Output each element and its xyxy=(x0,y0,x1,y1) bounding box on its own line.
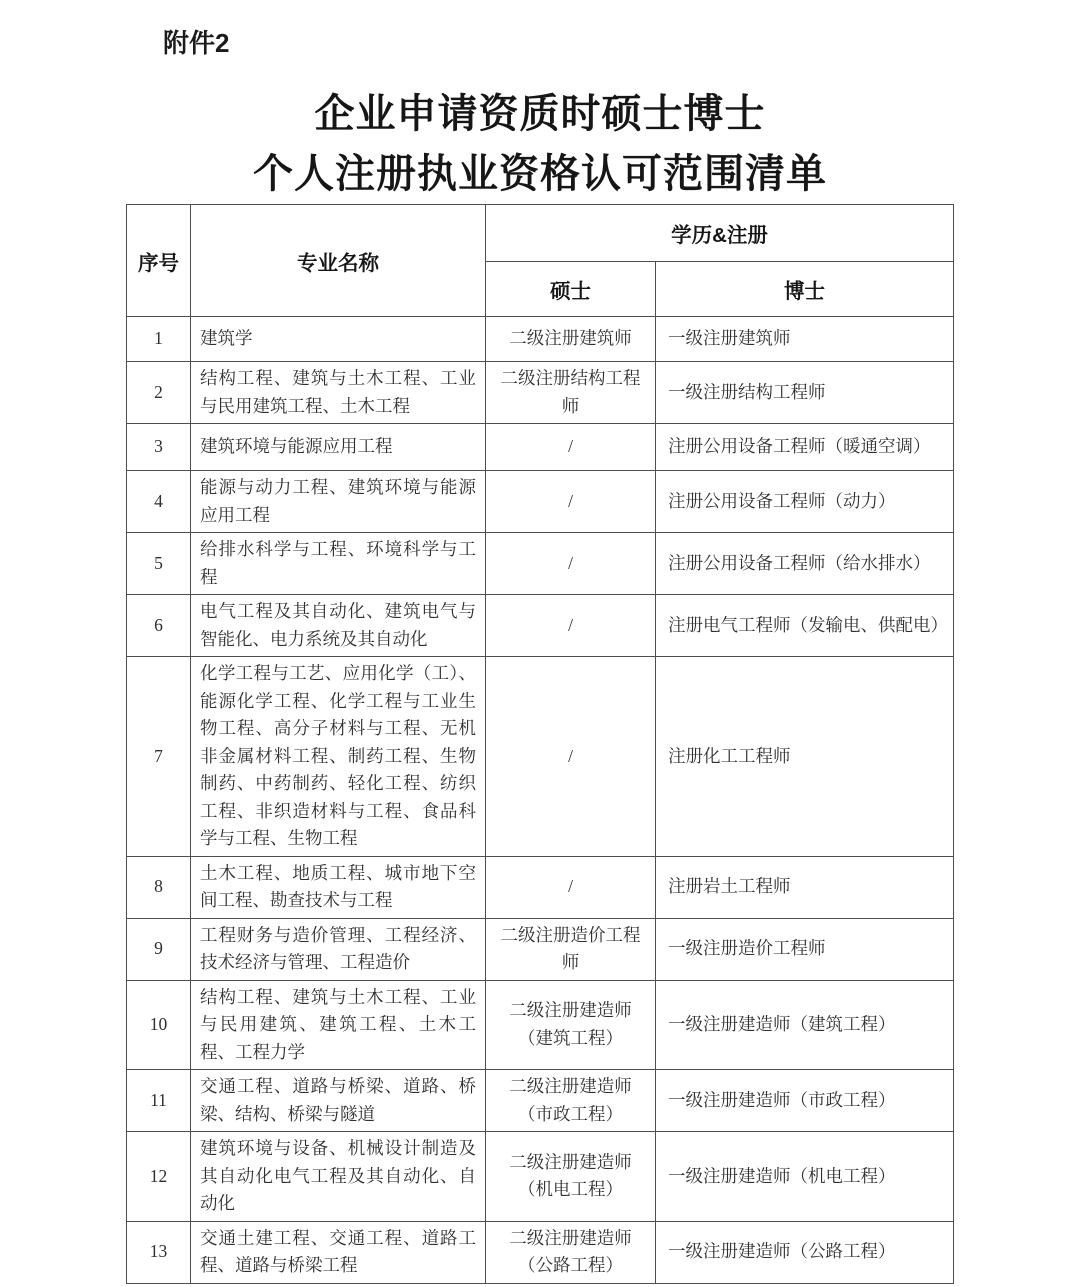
row-number: 5 xyxy=(127,533,191,595)
major-names: 交通工程、道路与桥梁、道路、桥梁、结构、桥梁与隧道 xyxy=(191,1070,486,1132)
major-names: 建筑环境与设备、机械设计制造及其自动化电气工程及其自动化、自动化 xyxy=(191,1132,486,1222)
table-row: 13 交通土建工程、交通工程、道路工程、道路与桥梁工程 二级注册建造师 （公路工… xyxy=(127,1221,954,1283)
major-names: 给排水科学与工程、环境科学与工程 xyxy=(191,533,486,595)
major-names: 工程财务与造价管理、工程经济、技术经济与管理、工程造价 xyxy=(191,918,486,980)
attachment-label: 附件2 xyxy=(163,28,1080,58)
major-names: 交通土建工程、交通工程、道路工程、道路与桥梁工程 xyxy=(191,1221,486,1283)
doctor-qualification: 注册电气工程师（发输电、供配电） xyxy=(656,595,954,657)
col-header-index: 序号 xyxy=(127,205,191,317)
doctor-qualification: 注册化工工程师 xyxy=(656,657,954,857)
table-row: 8 土木工程、地质工程、城市地下空间工程、勘查技术与工程 / 注册岩土工程师 xyxy=(127,856,954,918)
table-header: 序号 专业名称 学历&注册 硕士 博士 xyxy=(127,205,954,317)
master-qualification: / xyxy=(486,471,656,533)
table-row: 5 给排水科学与工程、环境科学与工程 / 注册公用设备工程师（给水排水） xyxy=(127,533,954,595)
master-qualification: / xyxy=(486,533,656,595)
table-row: 2 结构工程、建筑与土木工程、工业与民用建筑工程、土木工程 二级注册结构工程 师… xyxy=(127,362,954,424)
master-qualification: 二级注册造价工程 师 xyxy=(486,918,656,980)
master-qualification: 二级注册结构工程 师 xyxy=(486,362,656,424)
row-number: 9 xyxy=(127,918,191,980)
row-number: 13 xyxy=(127,1221,191,1283)
major-names: 土木工程、地质工程、城市地下空间工程、勘查技术与工程 xyxy=(191,856,486,918)
col-header-master: 硕士 xyxy=(486,262,656,317)
table-row: 7 化学工程与工艺、应用化学（工）、能源化学工程、化学工程与工业生物工程、高分子… xyxy=(127,657,954,857)
table-row: 6 电气工程及其自动化、建筑电气与智能化、电力系统及其自动化 / 注册电气工程师… xyxy=(127,595,954,657)
doctor-qualification: 注册公用设备工程师（动力） xyxy=(656,471,954,533)
master-qualification: 二级注册建造师 （市政工程） xyxy=(486,1070,656,1132)
col-header-doctor: 博士 xyxy=(656,262,954,317)
row-number: 10 xyxy=(127,980,191,1070)
doctor-qualification: 一级注册建筑师 xyxy=(656,317,954,362)
master-qualification: 二级注册建造师 （建筑工程） xyxy=(486,980,656,1070)
doctor-qualification: 一级注册结构工程师 xyxy=(656,362,954,424)
major-names: 化学工程与工艺、应用化学（工）、能源化学工程、化学工程与工业生物工程、高分子材料… xyxy=(191,657,486,857)
master-qualification: 二级注册建筑师 xyxy=(486,317,656,362)
major-names: 电气工程及其自动化、建筑电气与智能化、电力系统及其自动化 xyxy=(191,595,486,657)
table-row: 9 工程财务与造价管理、工程经济、技术经济与管理、工程造价 二级注册造价工程 师… xyxy=(127,918,954,980)
master-qualification: / xyxy=(486,856,656,918)
doctor-qualification: 一级注册建造师（建筑工程） xyxy=(656,980,954,1070)
page-title: 企业申请资质时硕士博士个人注册执业资格认可范围清单 xyxy=(0,84,1080,204)
table-row: 1 建筑学 二级注册建筑师 一级注册建筑师 xyxy=(127,317,954,362)
table-row: 11 交通工程、道路与桥梁、道路、桥梁、结构、桥梁与隧道 二级注册建造师 （市政… xyxy=(127,1070,954,1132)
table-row: 12 建筑环境与设备、机械设计制造及其自动化电气工程及其自动化、自动化 二级注册… xyxy=(127,1132,954,1222)
row-number: 12 xyxy=(127,1132,191,1222)
page-title-line1: 企业申请资质时硕士博士 xyxy=(315,92,766,136)
master-qualification: 二级注册建造师 （公路工程） xyxy=(486,1221,656,1283)
master-qualification: / xyxy=(486,424,656,471)
major-names: 建筑学 xyxy=(191,317,486,362)
table-row: 10 结构工程、建筑与土木工程、工业与民用建筑、建筑工程、土木工程、工程力学 二… xyxy=(127,980,954,1070)
doctor-qualification: 注册岩土工程师 xyxy=(656,856,954,918)
major-names: 结构工程、建筑与土木工程、工业与民用建筑、建筑工程、土木工程、工程力学 xyxy=(191,980,486,1070)
doctor-qualification: 注册公用设备工程师（暖通空调） xyxy=(656,424,954,471)
major-names: 建筑环境与能源应用工程 xyxy=(191,424,486,471)
row-number: 6 xyxy=(127,595,191,657)
table-row: 3 建筑环境与能源应用工程 / 注册公用设备工程师（暖通空调） xyxy=(127,424,954,471)
row-number: 3 xyxy=(127,424,191,471)
doctor-qualification: 一级注册建造师（机电工程） xyxy=(656,1132,954,1222)
row-number: 1 xyxy=(127,317,191,362)
major-names: 结构工程、建筑与土木工程、工业与民用建筑工程、土木工程 xyxy=(191,362,486,424)
master-qualification: 二级注册建造师 （机电工程） xyxy=(486,1132,656,1222)
doctor-qualification: 一级注册建造师（公路工程） xyxy=(656,1221,954,1283)
master-qualification: / xyxy=(486,657,656,857)
major-names: 能源与动力工程、建筑环境与能源应用工程 xyxy=(191,471,486,533)
master-qualification: / xyxy=(486,595,656,657)
row-number: 8 xyxy=(127,856,191,918)
col-header-degree-group: 学历&注册 xyxy=(486,205,954,262)
doctor-qualification: 一级注册造价工程师 xyxy=(656,918,954,980)
doctor-qualification: 注册公用设备工程师（给水排水） xyxy=(656,533,954,595)
table-body: 1 建筑学 二级注册建筑师 一级注册建筑师 2 结构工程、建筑与土木工程、工业与… xyxy=(127,317,954,1284)
document-page: 附件2 企业申请资质时硕士博士个人注册执业资格认可范围清单 序号 专业名称 学历… xyxy=(0,0,1080,1287)
row-number: 7 xyxy=(127,657,191,857)
qualification-table: 序号 专业名称 学历&注册 硕士 博士 1 建筑学 二级注册建筑师 一级注册建筑… xyxy=(126,204,954,1284)
doctor-qualification: 一级注册建造师（市政工程） xyxy=(656,1070,954,1132)
row-number: 4 xyxy=(127,471,191,533)
col-header-major: 专业名称 xyxy=(191,205,486,317)
table-row: 4 能源与动力工程、建筑环境与能源应用工程 / 注册公用设备工程师（动力） xyxy=(127,471,954,533)
page-title-line2: 个人注册执业资格认可范围清单 xyxy=(253,152,827,196)
row-number: 2 xyxy=(127,362,191,424)
row-number: 11 xyxy=(127,1070,191,1132)
